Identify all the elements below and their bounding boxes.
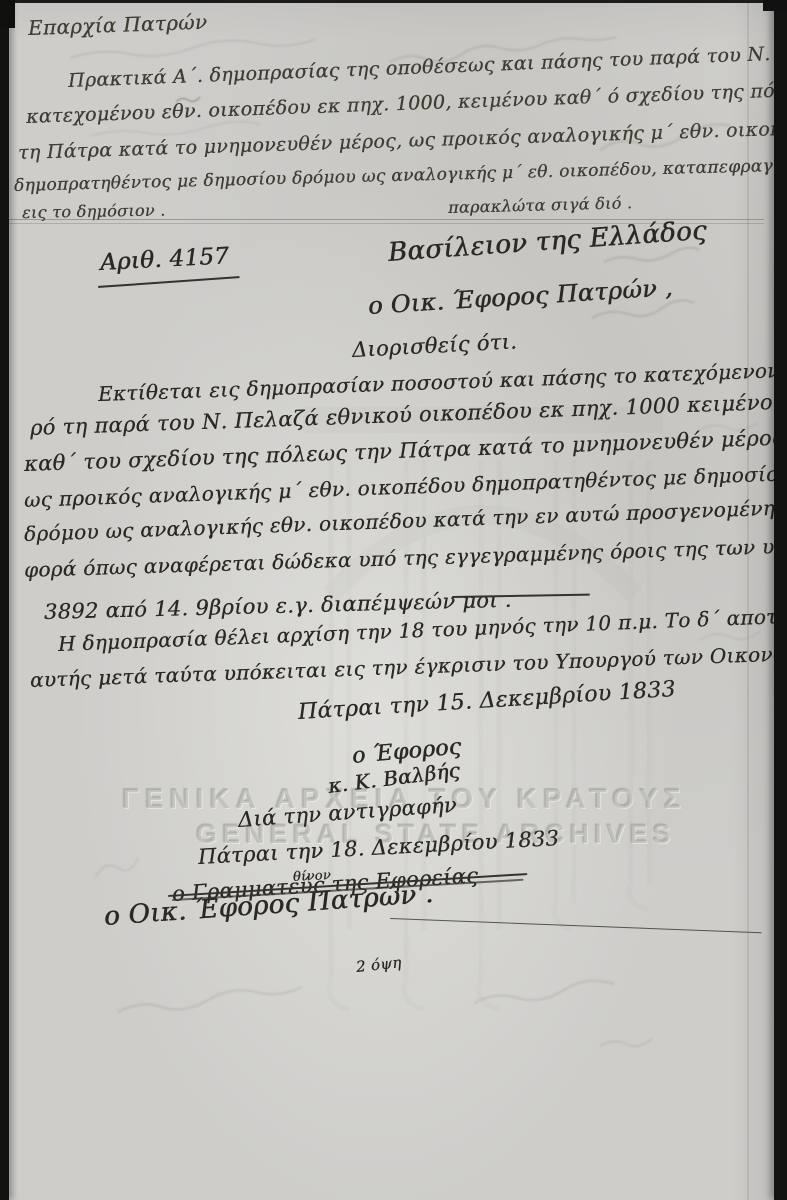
scan-border-corner — [0, 0, 15, 28]
scan-border-right — [774, 0, 787, 1200]
scanned-document-page: ΓΕΝΙΚΑ ΑΡΧΕΙΑ ΤΟΥ ΚΡΑΤΟΥΣ GENERAL STATE … — [0, 0, 787, 1200]
scan-border-left — [0, 0, 9, 1200]
scan-border-corner — [763, 0, 787, 11]
vertical-fold-crease — [747, 0, 749, 1200]
scan-border-top — [0, 0, 787, 3]
